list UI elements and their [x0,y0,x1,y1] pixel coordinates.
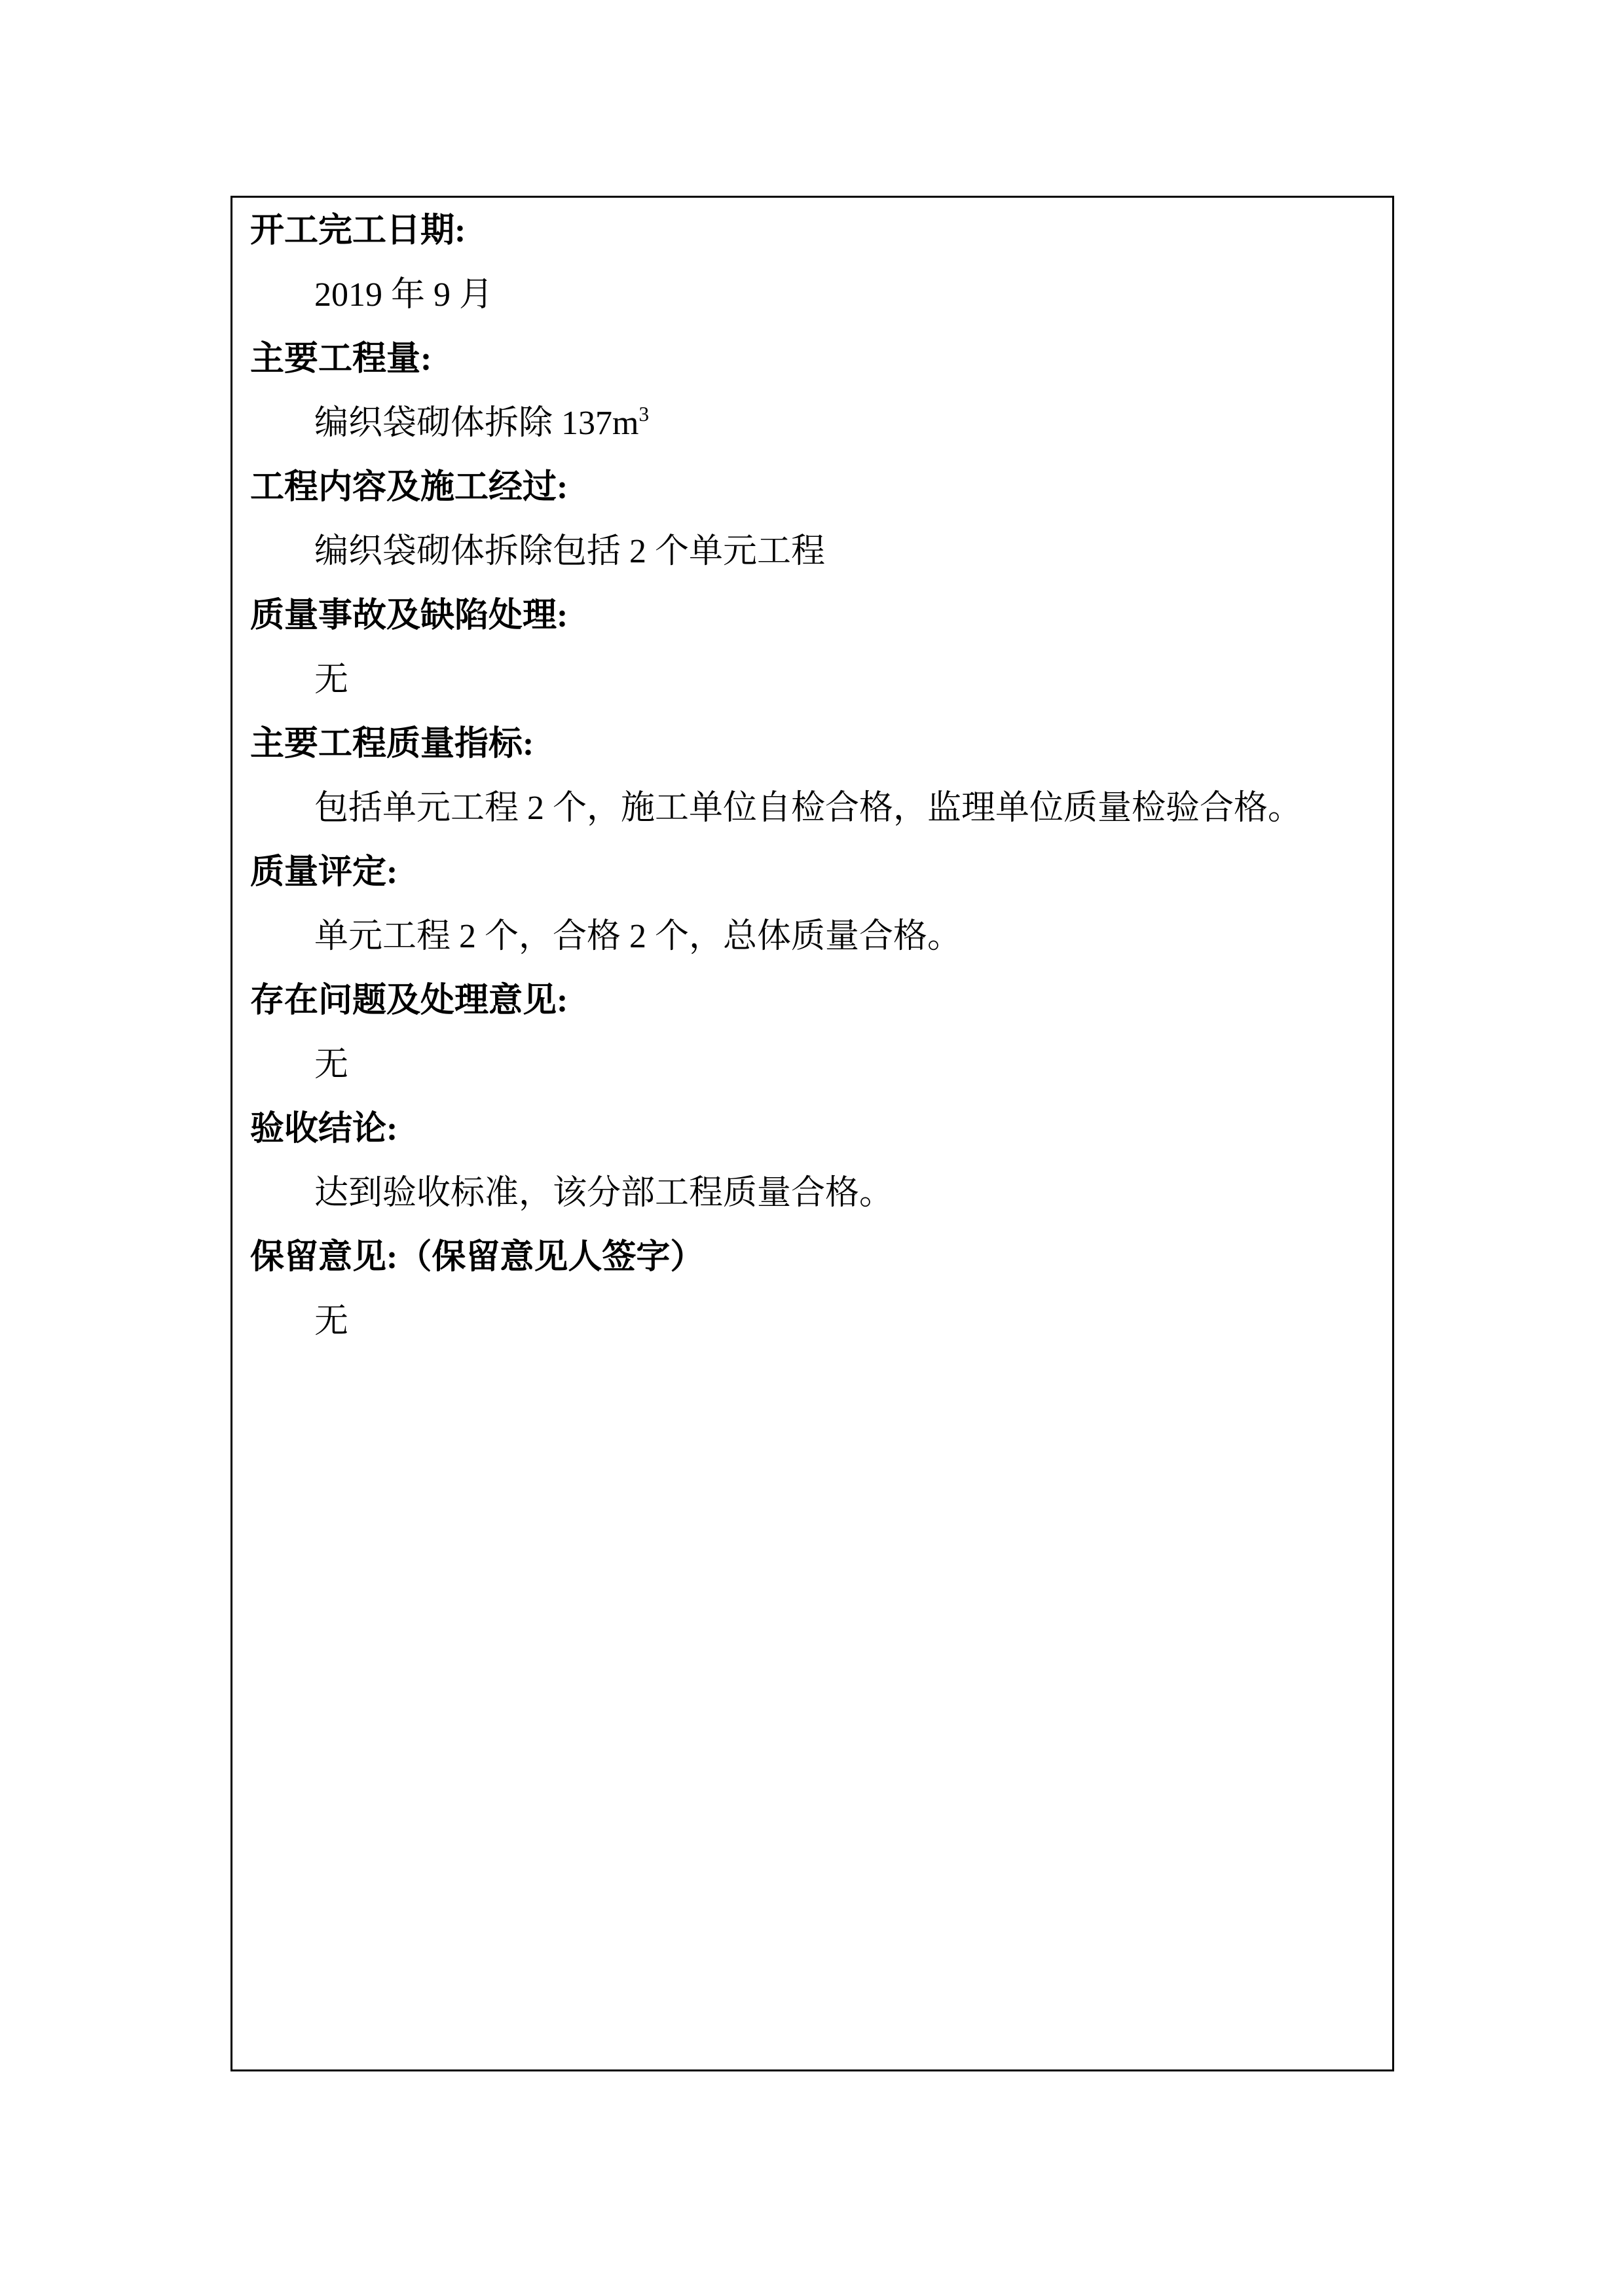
section-heading: 主要工程量: [250,327,1375,392]
section-heading: 主要工程质量指标: [250,712,1375,776]
section-heading: 开工完工日期: [250,199,1375,263]
section-quality-indicators: 主要工程质量指标: 包括单元工程 2 个，施工单位自检合格，监理单位质量检验合格… [250,712,1375,841]
section-heading: 工程内容及施工经过: [250,456,1375,520]
quantity-text: 编织袋砌体拆除 137m [314,405,638,442]
section-reservations: 保留意见:（保留意见人签字） 无 [250,1226,1375,1354]
superscript-cubed: 3 [638,403,649,426]
section-main-quantities: 主要工程量: 编织袋砌体拆除 137m3 [250,327,1375,456]
section-heading: 保留意见:（保留意见人签字） [250,1226,1375,1290]
section-body: 无 [250,1033,1375,1097]
section-body: 包括单元工程 2 个，施工单位自检合格，监理单位质量检验合格。 [250,776,1375,841]
section-body: 单元工程 2 个，合格 2 个，总体质量合格。 [250,905,1375,969]
section-body: 2019 年 9 月 [250,263,1375,327]
section-heading: 存在问题及处理意见: [250,969,1375,1033]
section-heading: 质量事故及缺陷处理: [250,584,1375,648]
section-body: 编织袋砌体拆除包括 2 个单元工程 [250,520,1375,584]
section-heading: 质量评定: [250,841,1375,905]
document-page: 开工完工日期: 2019 年 9 月 主要工程量: 编织袋砌体拆除 137m3 … [0,0,1624,2296]
section-body: 达到验收标准，该分部工程质量合格。 [250,1161,1375,1226]
section-body: 无 [250,1290,1375,1354]
section-acceptance-conclusion: 验收结论: 达到验收标准，该分部工程质量合格。 [250,1097,1375,1226]
section-quality-accidents-defects: 质量事故及缺陷处理: 无 [250,584,1375,712]
section-work-content-process: 工程内容及施工经过: 编织袋砌体拆除包括 2 个单元工程 [250,456,1375,584]
section-issues-and-opinions: 存在问题及处理意见: 无 [250,969,1375,1097]
section-body: 无 [250,648,1375,712]
form-cell-border: 开工完工日期: 2019 年 9 月 主要工程量: 编织袋砌体拆除 137m3 … [231,196,1394,2071]
section-heading: 验收结论: [250,1097,1375,1161]
section-body: 编织袋砌体拆除 137m3 [250,392,1375,456]
section-start-finish-date: 开工完工日期: 2019 年 9 月 [250,199,1375,327]
section-quality-rating: 质量评定: 单元工程 2 个，合格 2 个，总体质量合格。 [250,841,1375,969]
